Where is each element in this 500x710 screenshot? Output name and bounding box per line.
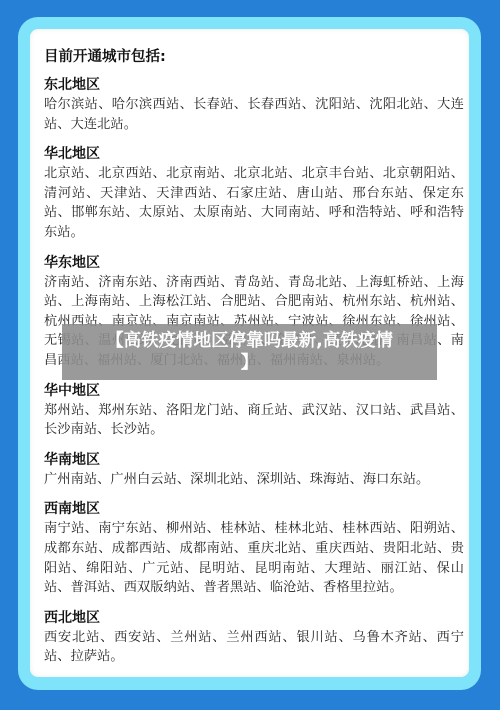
region-title: 西南地区	[44, 499, 464, 519]
region-northeast: 东北地区 哈尔滨站、哈尔滨西站、长春站、长春西站、沈阳站、沈阳北站、大连站、大连…	[44, 75, 464, 134]
region-title: 华北地区	[44, 144, 464, 164]
region-title: 西北地区	[44, 608, 464, 628]
overlay-title-line1: 【高铁疫情地区停靠吗最新,高铁疫情	[62, 330, 437, 352]
region-stations: 广州南站、广州白云站、深圳北站、深圳站、珠海站、海口东站。	[44, 470, 464, 490]
title-overlay-banner: 【高铁疫情地区停靠吗最新,高铁疫情 】	[62, 324, 437, 380]
overlay-title-line2: 】	[62, 352, 437, 374]
region-northwest: 西北地区 西安北站、西安站、兰州站、兰州西站、银川站、乌鲁木齐站、西宁站、拉萨站…	[44, 608, 464, 667]
region-stations: 哈尔滨站、哈尔滨西站、长春站、长春西站、沈阳站、沈阳北站、大连站、大连北站。	[44, 95, 464, 134]
page-heading: 目前开通城市包括:	[44, 47, 464, 67]
region-stations: 南宁站、南宁东站、柳州站、桂林站、桂林北站、桂林西站、阳朔站、成都东站、成都西站…	[44, 519, 464, 597]
region-central: 华中地区 郑州站、郑州东站、洛阳龙门站、商丘站、武汉站、汉口站、武昌站、长沙南站…	[44, 381, 464, 440]
region-southwest: 西南地区 南宁站、南宁东站、柳州站、桂林站、桂林北站、桂林西站、阳朔站、成都东站…	[44, 499, 464, 597]
region-stations: 西安北站、西安站、兰州站、兰州西站、银川站、乌鲁木齐站、西宁站、拉萨站。	[44, 628, 464, 667]
region-title: 华东地区	[44, 253, 464, 273]
region-stations: 郑州站、郑州东站、洛阳龙门站、商丘站、武汉站、汉口站、武昌站、长沙南站、长沙站。	[44, 401, 464, 440]
region-south: 华南地区 广州南站、广州白云站、深圳北站、深圳站、珠海站、海口东站。	[44, 450, 464, 490]
region-north: 华北地区 北京站、北京西站、北京南站、北京北站、北京丰台站、北京朝阳站、清河站、…	[44, 144, 464, 242]
region-title: 东北地区	[44, 75, 464, 95]
region-title: 华南地区	[44, 450, 464, 470]
region-title: 华中地区	[44, 381, 464, 401]
region-stations: 北京站、北京西站、北京南站、北京北站、北京丰台站、北京朝阳站、清河站、天津站、天…	[44, 164, 464, 242]
